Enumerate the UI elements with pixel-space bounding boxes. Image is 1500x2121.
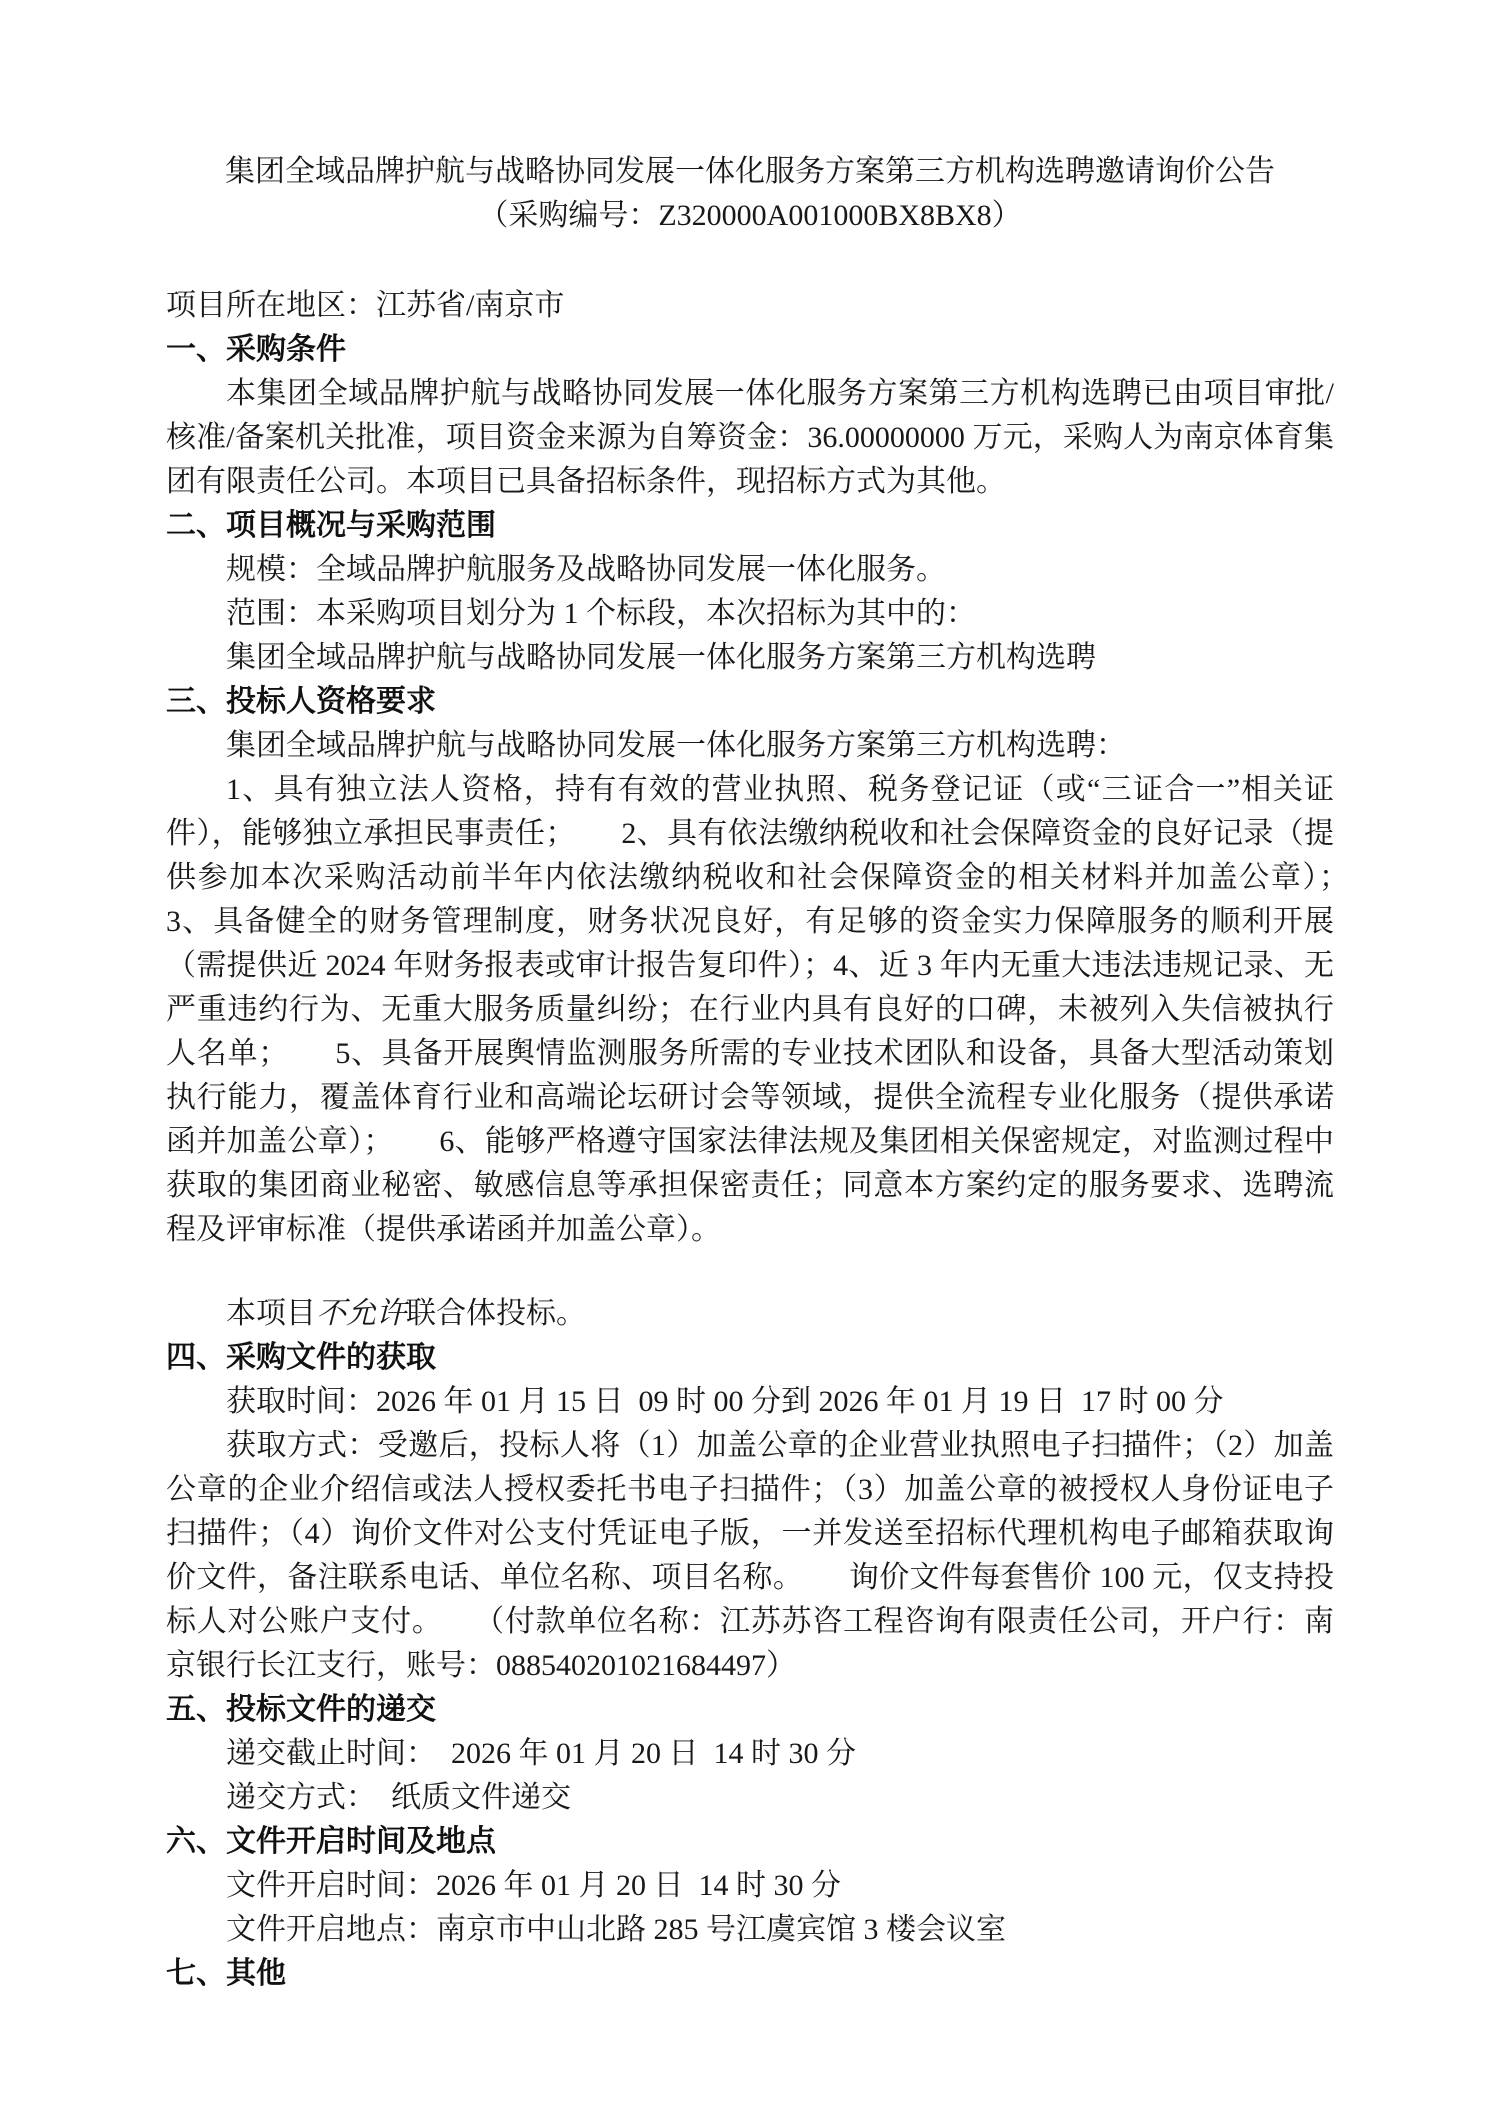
section-3-intro: 集团全域品牌护航与战略协同发展一体化服务方案第三方机构选聘： — [166, 724, 1334, 768]
section-3-consortium-line: 本项目不允许联合体投标。 — [166, 1292, 1334, 1336]
section-2-scope: 范围：本采购项目划分为 1 个标段，本次招标为其中的： — [166, 592, 1334, 636]
section-3-heading: 三、投标人资格要求 — [166, 680, 1334, 724]
section-4-time: 获取时间：2026 年 01 月 15 日 09 时 00 分到 2026 年 … — [166, 1380, 1334, 1424]
consortium-not-allowed: 不允许 — [316, 1297, 406, 1330]
section-6-open-time: 文件开启时间：2026 年 01 月 20 日 14 时 30 分 — [166, 1864, 1334, 1908]
section-4-method: 获取方式：受邀后，投标人将（1）加盖公章的企业营业执照电子扫描件；（2）加盖公章… — [166, 1424, 1334, 1688]
consortium-prefix: 本项目 — [226, 1297, 316, 1330]
section-1-heading: 一、采购条件 — [166, 328, 1334, 372]
section-1-body: 本集团全域品牌护航与战略协同发展一体化服务方案第三方机构选聘已由项目审批/核准/… — [166, 372, 1334, 504]
consortium-suffix: 联合体投标。 — [406, 1297, 586, 1330]
document-title: 集团全域品牌护航与战略协同发展一体化服务方案第三方机构选聘邀请询价公告 — [166, 150, 1334, 194]
section-7-heading: 七、其他 — [166, 1952, 1334, 1996]
section-2-package: 集团全域品牌护航与战略协同发展一体化服务方案第三方机构选聘 — [166, 636, 1334, 680]
section-3-requirements: 1、具有独立法人资格，持有有效的营业执照、税务登记证（或“三证合一”相关证件），… — [166, 768, 1334, 1252]
section-2-scale: 规模：全域品牌护航服务及战略协同发展一体化服务。 — [166, 548, 1334, 592]
project-location: 项目所在地区：江苏省/南京市 — [166, 284, 1334, 328]
section-5-heading: 五、投标文件的递交 — [166, 1688, 1334, 1732]
section-5-method: 递交方式： 纸质文件递交 — [166, 1776, 1334, 1820]
document-subtitle: （采购编号：Z320000A001000BX8BX8） — [166, 194, 1334, 238]
section-6-open-place: 文件开启地点：南京市中山北路 285 号江虞宾馆 3 楼会议室 — [166, 1908, 1334, 1952]
section-2-heading: 二、项目概况与采购范围 — [166, 504, 1334, 548]
section-4-heading: 四、采购文件的获取 — [166, 1336, 1334, 1380]
section-6-heading: 六、文件开启时间及地点 — [166, 1820, 1334, 1864]
announcement-page: 集团全域品牌护航与战略协同发展一体化服务方案第三方机构选聘邀请询价公告 （采购编… — [0, 0, 1500, 2121]
section-5-deadline: 递交截止时间： 2026 年 01 月 20 日 14 时 30 分 — [166, 1732, 1334, 1776]
